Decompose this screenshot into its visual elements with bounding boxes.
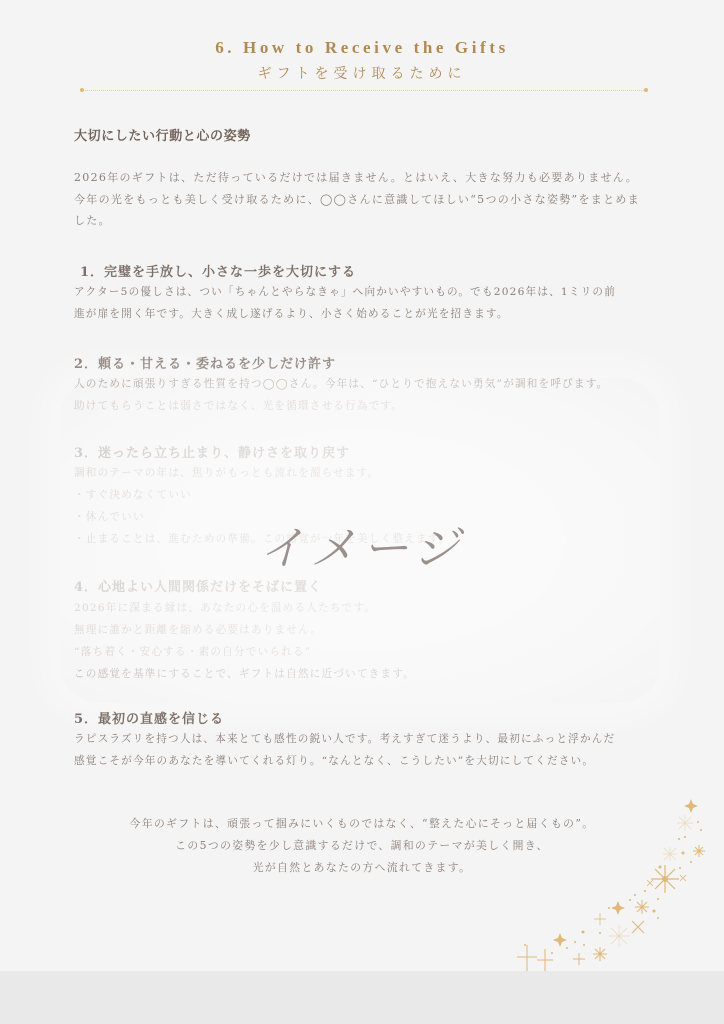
document-page: 6. How to Receive the Gifts ギフトを受け取るために …	[0, 0, 724, 971]
section-3-body: 調和のテーマの年は、焦りがもっとも流れを濁らせます。 ・すぐ決めなくていい ・休…	[74, 462, 664, 550]
section-3-title: 3．迷ったら立ち止まり、静けさを取り戻す	[74, 442, 350, 461]
section-line: この感覚を基準にすることで、ギフトは自然に近づいてきます。	[74, 663, 664, 685]
section-1-body: アクター5の優しさは、つい「ちゃんとやらなきゃ」へ向かいやすいもの。でも2026…	[74, 281, 664, 325]
section-5-title: 5．最初の直感を信じる	[74, 708, 224, 727]
section-line: アクター5の優しさは、つい「ちゃんとやらなきゃ」へ向かいやすいもの。でも2026…	[74, 281, 664, 303]
section-2-body: 人のために頑張りすぎる性質を持つ◯◯さん。今年は、“ひとりで抱えない勇気”が調和…	[74, 373, 664, 417]
page-title-en: 6. How to Receive the Gifts	[0, 38, 724, 58]
title-divider	[82, 90, 646, 92]
intro-line: した。	[74, 210, 664, 232]
divider-dot-left	[80, 88, 84, 92]
page-title-ja: ギフトを受け取るために	[0, 63, 724, 83]
section-2-title: 2．頼る・甘える・委ねるを少しだけ許す	[74, 353, 336, 372]
intro-paragraph: 2026年のギフトは、ただ待っているだけでは届きません。とはいえ、大きな努力も必…	[74, 167, 664, 232]
section-line: 2026年に深まる縁は、あなたの心を温める人たちです。	[74, 597, 664, 619]
divider-dot-right	[644, 88, 648, 92]
section-line: “落ち着く・安心する・素の自分でいられる”	[74, 641, 664, 663]
section-line: 助けてもらうことは弱さではなく、光を循環させる行為です。	[74, 395, 664, 417]
bullet-item: ・すぐ決めなくていい	[74, 484, 664, 506]
page-bottom-band	[0, 971, 724, 1024]
section-5-body: ラピスラズリを持つ人は、本来とても感性の鋭い人です。考えすぎて迷うより、最初にふ…	[74, 728, 664, 772]
sparkle-trail-icon	[505, 795, 720, 975]
section-line: 無理に誰かと距離を縮める必要はありません。	[74, 619, 664, 641]
bullet-item: ・休んでいい	[74, 506, 664, 528]
intro-heading: 大切にしたい行動と心の姿勢	[74, 125, 251, 144]
section-line: 感覚こそが今年のあなたを導いてくれる灯り。“なんとなく、こうしたい”を大切にして…	[74, 750, 664, 772]
bullet-item: ・止まることは、進むための準備。この感覚が一年を美しく整えます。	[74, 528, 664, 550]
section-line: 人のために頑張りすぎる性質を持つ◯◯さん。今年は、“ひとりで抱えない勇気”が調和…	[74, 373, 664, 395]
intro-line: 2026年のギフトは、ただ待っているだけでは届きません。とはいえ、大きな努力も必…	[74, 167, 664, 189]
section-line: ラピスラズリを持つ人は、本来とても感性の鋭い人です。考えすぎて迷うより、最初にふ…	[74, 728, 664, 750]
section-line: 調和のテーマの年は、焦りがもっとも流れを濁らせます。	[74, 462, 664, 484]
intro-line: 今年の光をもっとも美しく受け取るために、◯◯さんに意識してほしい“5つの小さな姿…	[74, 189, 664, 211]
section-4-body: 2026年に深まる縁は、あなたの心を温める人たちです。 無理に誰かと距離を縮める…	[74, 597, 664, 685]
section-line: 進が扉を開く年です。大きく成し遂げるより、小さく始めることが光を招きます。	[74, 303, 664, 325]
section-1-title: 1．完璧を手放し、小さな一歩を大切にする	[80, 261, 356, 280]
section-4-title: 4．心地よい人間関係だけをそばに置く	[74, 576, 322, 595]
